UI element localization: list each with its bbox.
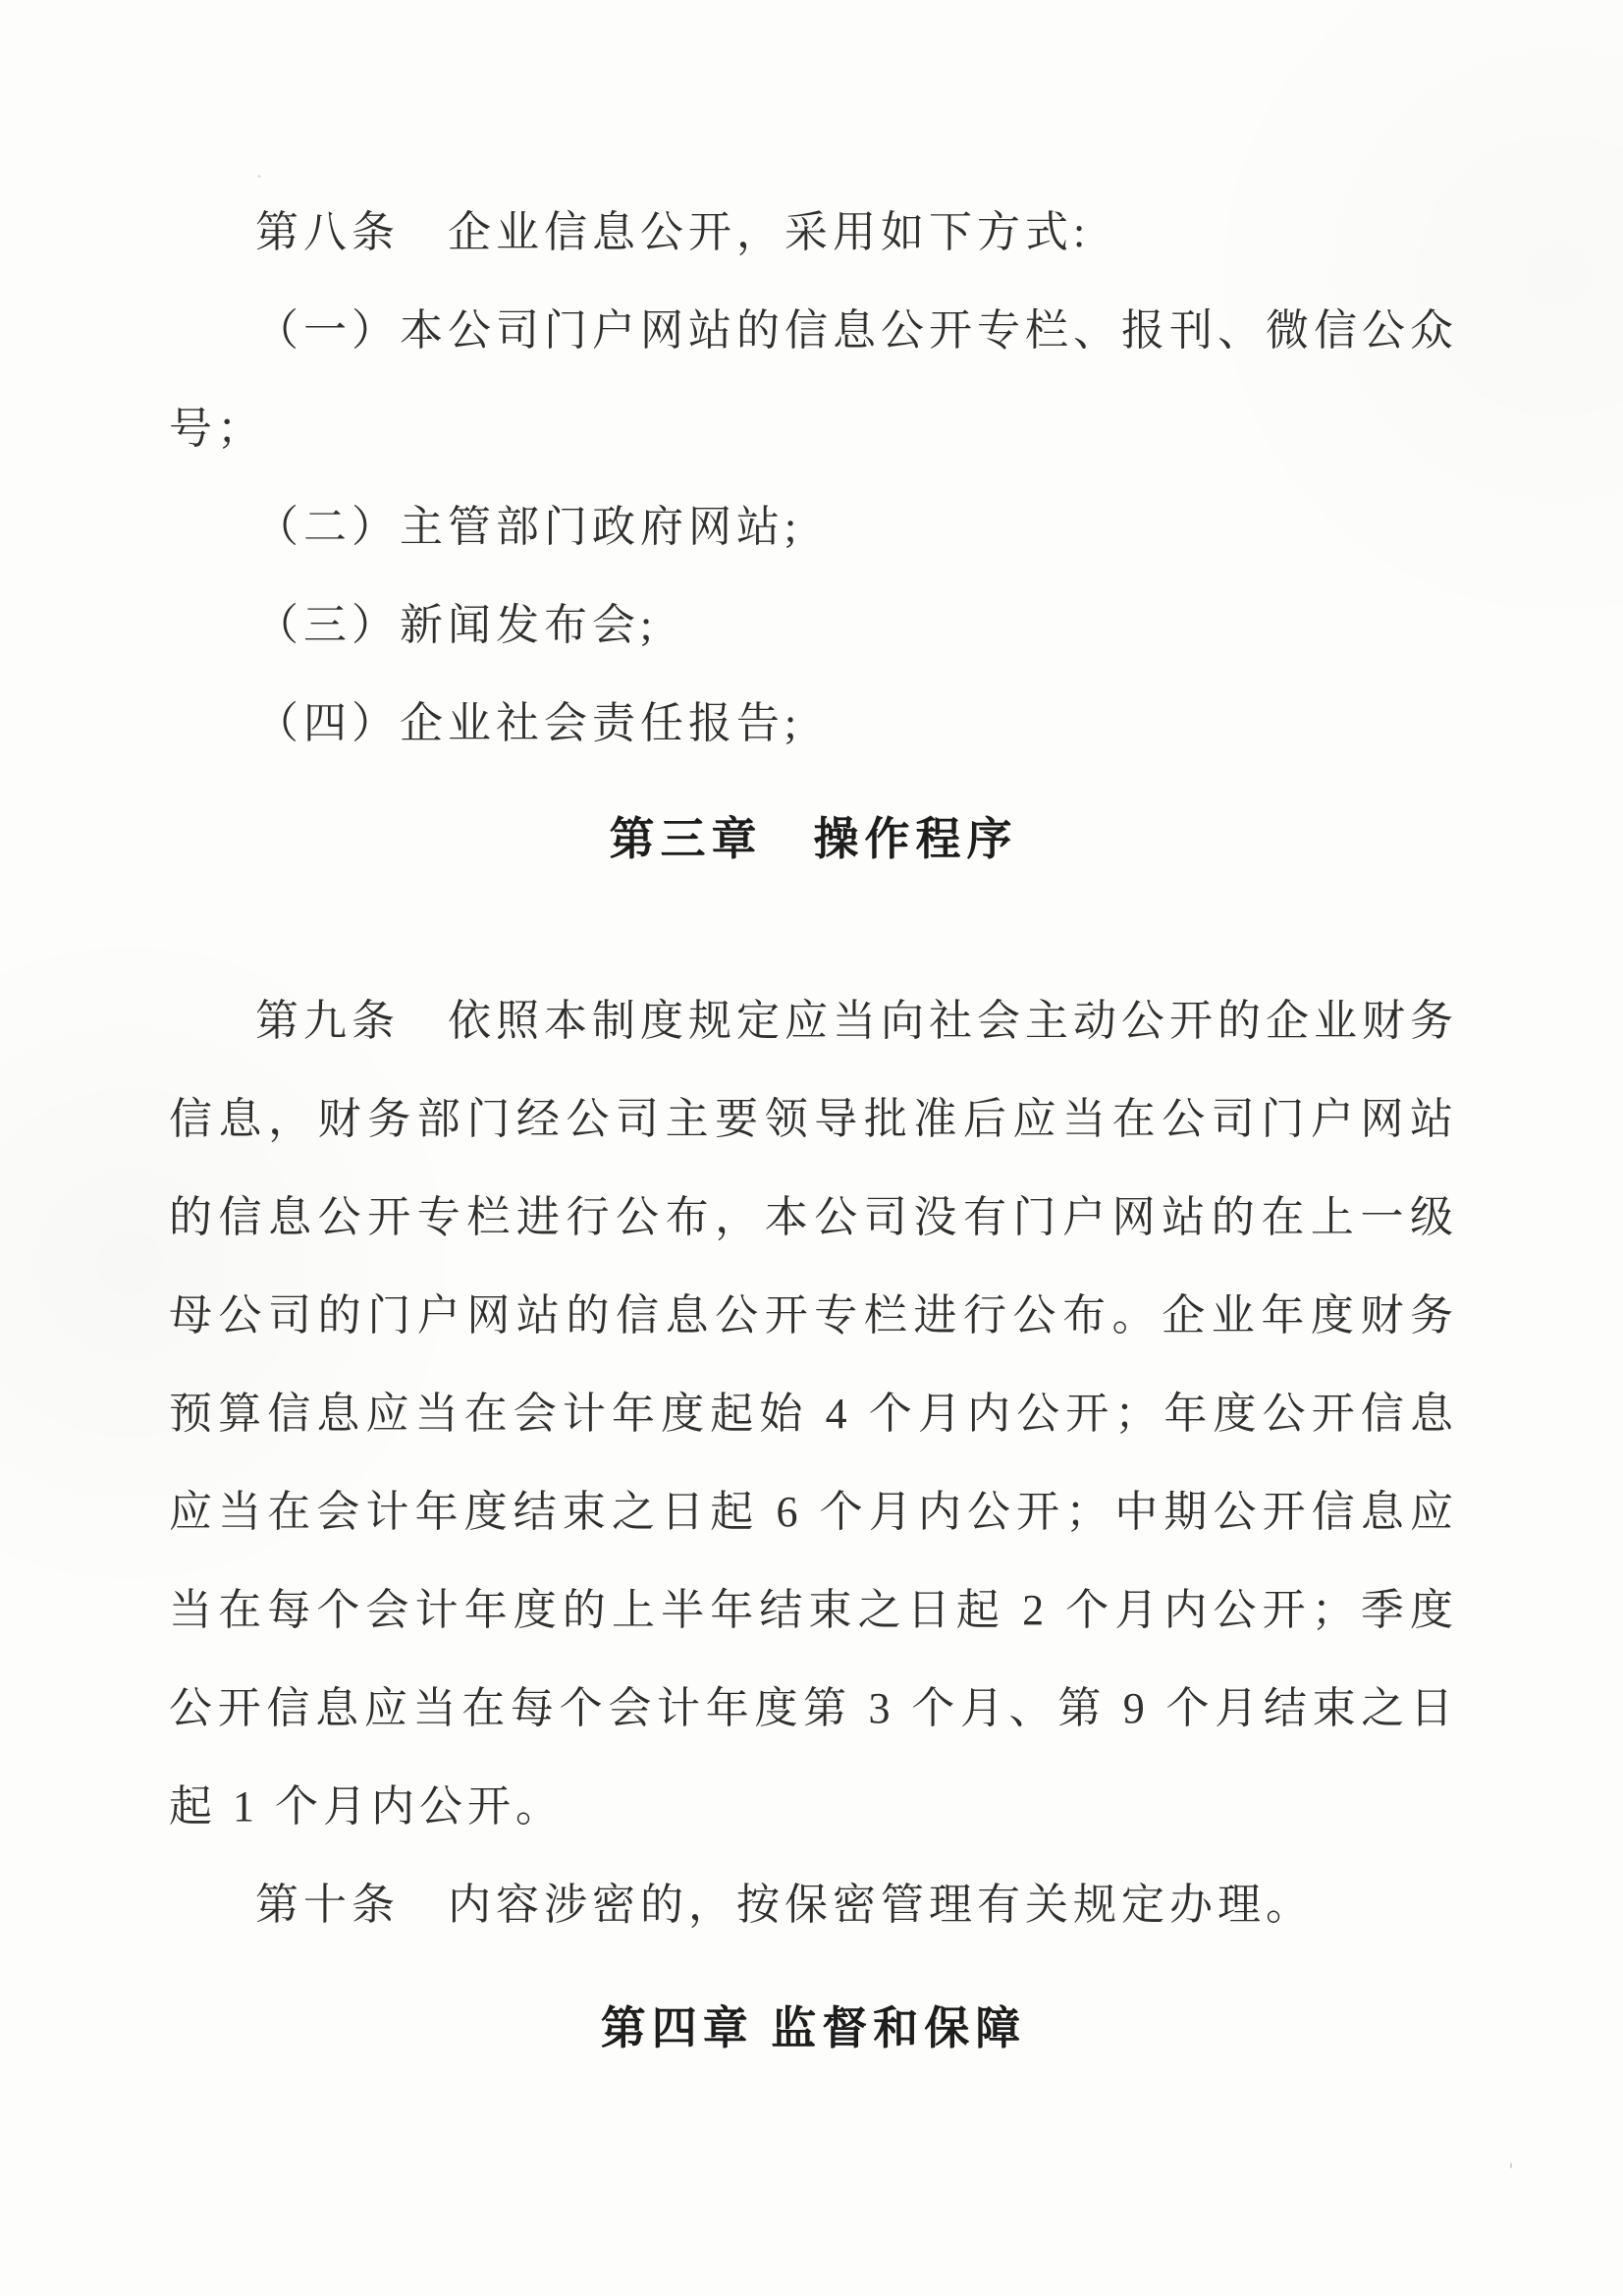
clause-8-opening: 第八条 企业信息公开，采用如下方式: <box>169 184 1458 282</box>
scanned-document-page: 第八条 企业信息公开，采用如下方式: （一）本公司门户网站的信息公开专栏、报刊、… <box>0 0 1623 2296</box>
clause-9-paragraph: 第九条 依照本制度规定应当向社会主动公开的企业财务信息，财务部门经公司主要领导批… <box>169 972 1458 1856</box>
scan-speck <box>1510 2162 1512 2168</box>
scan-speck <box>257 175 261 178</box>
clause-8-list-item-1: （一）本公司门户网站的信息公开专栏、报刊、微信公众号； <box>169 282 1458 478</box>
chapter-3-heading: 第三章 操作程序 <box>169 791 1458 889</box>
clause-8-list-item-4: （四）企业社会责任报告; <box>169 675 1458 773</box>
clause-10-paragraph: 第十条 内容涉密的，按保密管理有关规定办理。 <box>169 1856 1458 1954</box>
clause-8-list-item-3: （三）新闻发布会; <box>169 576 1458 675</box>
clause-8-list-item-2: （二）主管部门政府网站; <box>169 478 1458 576</box>
chapter-4-heading: 第四章 监督和保障 <box>169 1980 1458 2078</box>
